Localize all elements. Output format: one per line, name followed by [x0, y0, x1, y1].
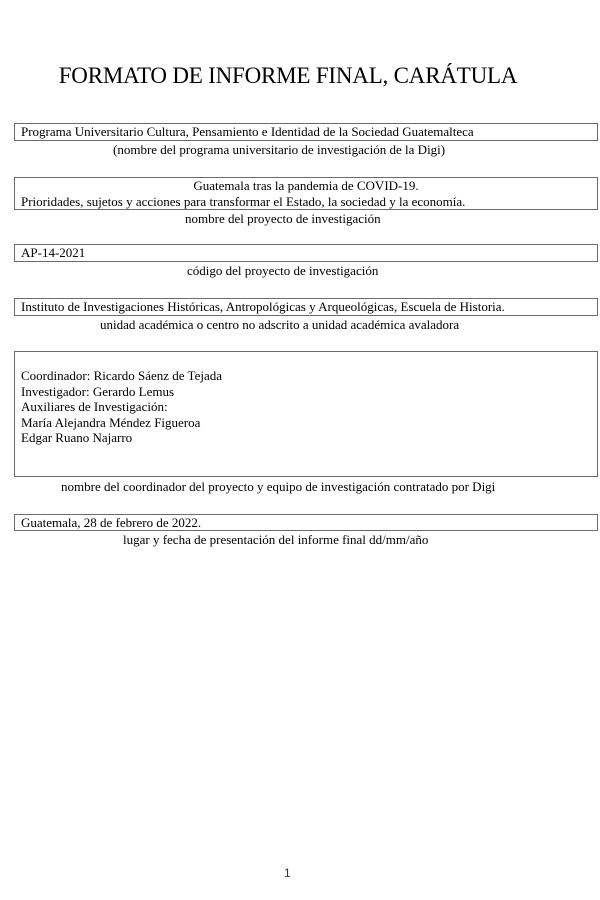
project-name-caption: nombre del proyecto de investigación: [185, 211, 381, 226]
team-assistant-1: María Alejandra Méndez Figueroa: [15, 415, 597, 431]
place-date-field: Guatemala, 28 de febrero de 2022.: [14, 514, 598, 531]
place-date-text: Guatemala, 28 de febrero de 2022.: [15, 515, 597, 531]
team-researcher: Investigador: Gerardo Lemus: [15, 384, 597, 400]
academic-unit-text: Instituto de Investigaciones Históricas,…: [15, 299, 597, 315]
project-name-line-1: Guatemala tras la pandemia de COVID-19.: [15, 178, 597, 194]
program-name-caption: (nombre del programa universitario de in…: [113, 142, 445, 157]
academic-unit-caption: unidad académica o centro no adscrito a …: [100, 317, 459, 332]
academic-unit-field: Instituto de Investigaciones Históricas,…: [14, 298, 598, 316]
team-coordinator: Coordinador: Ricardo Sáenz de Tejada: [15, 368, 597, 384]
document-title: FORMATO DE INFORME FINAL, CARÁTULA: [0, 62, 576, 90]
program-name-field: Programa Universitario Cultura, Pensamie…: [14, 123, 598, 141]
team-assistants-label: Auxiliares de Investigación:: [15, 399, 597, 415]
place-date-caption: lugar y fecha de presentación del inform…: [123, 532, 428, 547]
project-name-line-2: Prioridades, sujetos y acciones para tra…: [15, 194, 597, 210]
program-name-text: Programa Universitario Cultura, Pensamie…: [15, 124, 597, 140]
page-number: 1: [284, 866, 291, 880]
project-code-field: AP-14-2021: [14, 244, 598, 262]
team-assistant-2: Edgar Ruano Najarro: [15, 430, 597, 446]
research-team-field: Coordinador: Ricardo Sáenz de Tejada Inv…: [14, 351, 598, 477]
project-code-text: AP-14-2021: [15, 245, 597, 261]
project-name-field: Guatemala tras la pandemia de COVID-19. …: [14, 177, 598, 210]
research-team-caption: nombre del coordinador del proyecto y eq…: [61, 479, 495, 494]
project-code-caption: código del proyecto de investigación: [187, 263, 378, 278]
